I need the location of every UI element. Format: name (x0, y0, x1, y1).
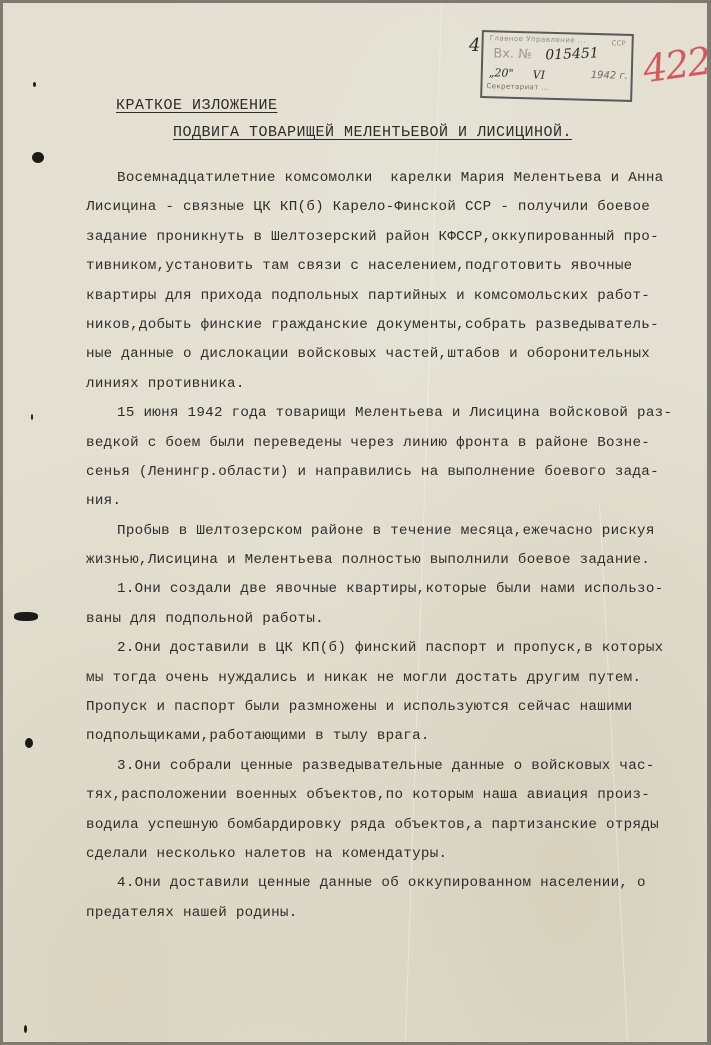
text-line: сделали несколько налетов на комендатуры… (86, 840, 678, 869)
text-line: тях,расположении военных объектов,по кот… (86, 781, 678, 810)
text-line: подпольщиками,работающими в тылу врага. (86, 722, 678, 751)
text-line: ников,добыть финские гражданские докумен… (86, 311, 678, 340)
text-line: ния. (86, 487, 678, 516)
text-line: ные данные о дислокации войсковых частей… (86, 340, 678, 369)
punch-mark (24, 1025, 27, 1033)
text-line: Восемнадцатилетние комсомолки карелки Ма… (86, 164, 678, 193)
text-line: 15 июня 1942 года товарищи Мелентьева и … (86, 399, 678, 428)
document-title: КРАТКОЕ ИЗЛОЖЕНИЕ (116, 97, 278, 114)
text-line: Пробыв в Шелтозерском районе в течение м… (86, 517, 678, 546)
document-page: 4 Главное Управление ... ССР Вх. № 01545… (3, 3, 707, 1042)
text-line: Лисицина - связные ЦК КП(б) Карело-Финск… (86, 193, 678, 222)
text-line: водила успешную бомбардировку ряда объек… (86, 811, 678, 840)
stamp-date-day: „20" (489, 66, 514, 80)
text-line: 3.Они собрали ценные разведывательные да… (86, 752, 678, 781)
text-line: тивником,установить там связи с населени… (86, 252, 678, 281)
text-line: ваны для подпольной работы. (86, 605, 678, 634)
document-subtitle: ПОДВИГА ТОВАРИЩЕЙ МЕЛЕНТЬЕВОЙ И ЛИСИЦИНО… (173, 124, 572, 141)
stamp-date-year: 1942 г. (591, 70, 628, 82)
punch-mark (33, 82, 36, 87)
punch-hole (25, 738, 33, 748)
page-number-red: 422 (640, 39, 707, 92)
punch-hole (14, 612, 38, 621)
text-line: мы тогда очень нуждались и никак не могл… (86, 664, 678, 693)
text-line: задание проникнуть в Шелтозерский район … (86, 223, 678, 252)
handwritten-mark: 4 (469, 35, 480, 56)
stamp-header-right: ССР (612, 39, 626, 47)
text-line: линиях противника. (86, 370, 678, 399)
text-line: предателях нашей родины. (86, 899, 678, 928)
text-line: сенья (Ленингр.области) и направились на… (86, 458, 678, 487)
text-line: 2.Они доставили в ЦК КП(б) финский паспо… (86, 634, 678, 663)
registration-stamp: Главное Управление ... ССР Вх. № 015451 … (480, 30, 634, 102)
punch-hole (32, 152, 44, 163)
text-line: жизнью,Лисицина и Мелентьева полностью в… (86, 546, 678, 575)
stamp-header: Главное Управление ... (490, 34, 587, 45)
document-body: Восемнадцатилетние комсомолки карелки Ма… (86, 164, 678, 928)
stamp-incoming-number: 015451 (545, 45, 599, 63)
punch-mark (31, 414, 33, 420)
text-line: 4.Они доставили ценные данные об оккупир… (86, 869, 678, 898)
text-line: Пропуск и паспорт были размножены и испо… (86, 693, 678, 722)
stamp-incoming-label: Вх. № (493, 46, 532, 62)
stamp-date-month: VI (533, 68, 546, 81)
stamp-footer: Секретариат ... (486, 82, 549, 92)
text-line: ведкой с боем были переведены через лини… (86, 429, 678, 458)
text-line: 1.Они создали две явочные квартиры,котор… (86, 575, 678, 604)
text-line: квартиры для прихода подпольных партийны… (86, 282, 678, 311)
